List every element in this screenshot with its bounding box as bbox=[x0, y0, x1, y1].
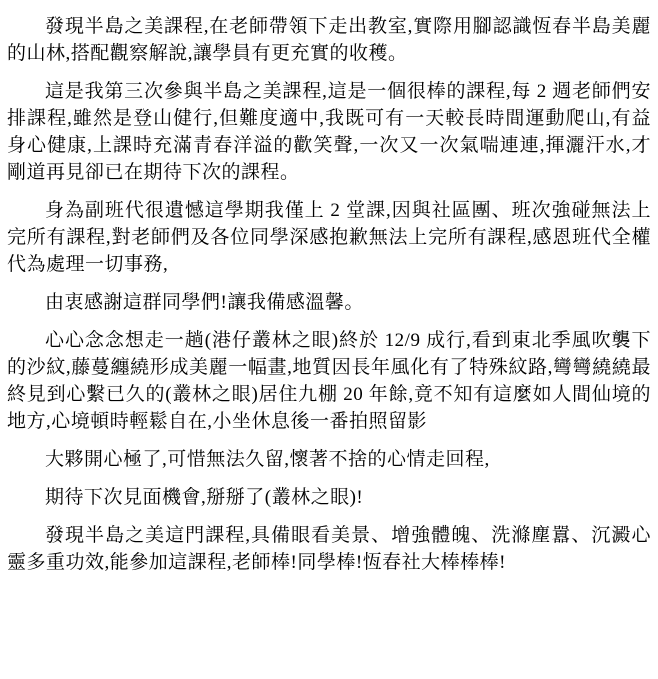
paragraph-7: 期待下次見面機會,掰掰了(叢林之眼)! bbox=[7, 484, 651, 511]
paragraph-4: 由衷感謝這群同學們!讓我備感溫馨。 bbox=[7, 289, 651, 316]
paragraph-5: 心心念念想走一趟(港仔叢林之眼)終於 12/9 成行,看到東北季風吹襲下的沙紋,… bbox=[7, 327, 651, 435]
paragraph-2: 這是我第三次參與半島之美課程,這是一個很棒的課程,每 2 週老師們安排課程,雖然… bbox=[7, 78, 651, 186]
paragraph-8: 發現半島之美這門課程,具備眼看美景、增強體魄、洗滌塵囂、沉澱心靈多重功效,能參加… bbox=[7, 522, 651, 576]
paragraph-1: 發現半島之美課程,在老師帶領下走出教室,實際用腳認識恆春半島美麗的山林,搭配觀察… bbox=[7, 13, 651, 67]
document-page: 發現半島之美課程,在老師帶領下走出教室,實際用腳認識恆春半島美麗的山林,搭配觀察… bbox=[0, 0, 658, 679]
paragraph-6: 大夥開心極了,可惜無法久留,懷著不捨的心情走回程, bbox=[7, 446, 651, 473]
paragraph-3: 身為副班代很遺憾這學期我僅上 2 堂課,因與社區團、班次強碰無法上完所有課程,對… bbox=[7, 197, 651, 278]
